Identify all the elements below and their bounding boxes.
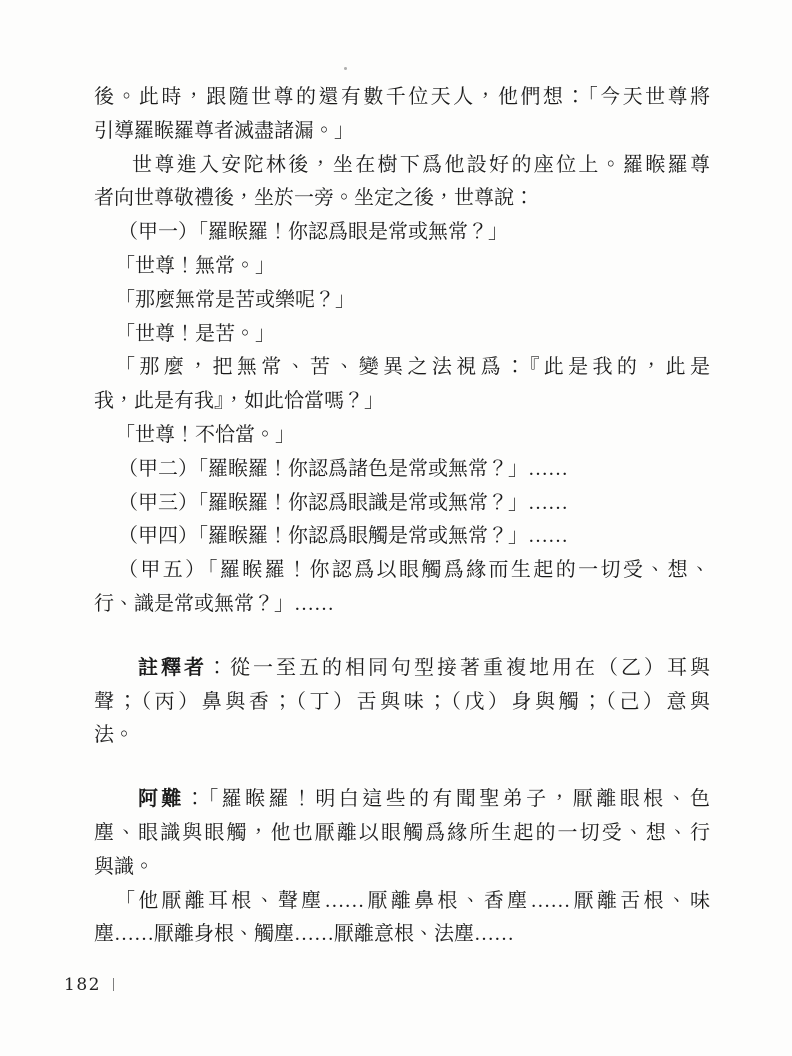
text-line: 法。 [94, 719, 710, 753]
text-line: 「那麼無常是苦或樂呢？」 [94, 284, 710, 318]
text-line: 行、識是常或無常？」…… [94, 588, 710, 622]
text-line: 引導羅睺羅尊者滅盡諸漏。」 [94, 115, 710, 149]
text-line: （甲三）「羅睺羅！你認爲眼識是常或無常？」…… [94, 487, 710, 521]
text-line: 「那麼，把無常、苦、變異之法視爲：『此是我的，此是 [94, 351, 710, 385]
text-line: 「世尊！是苦。」 [94, 318, 710, 352]
speaker-name: 註釋者 [138, 657, 207, 679]
text-line: 者向世尊敬禮後，坐於一旁。坐定之後，世尊說： [94, 182, 710, 216]
page-footer: 182 | [64, 975, 116, 995]
text-line: 與識。 [94, 851, 710, 885]
text-line: 我，此是有我』，如此恰當嗎？」 [94, 385, 710, 419]
text-line: 塵……厭離身根、觸塵……厭離意根、法塵…… [94, 918, 710, 952]
text-line: （甲四）「羅睺羅！你認爲眼觸是常或無常？」…… [94, 520, 710, 554]
text-line: （甲二）「羅睺羅！你認爲諸色是常或無常？」…… [94, 453, 710, 487]
text-line: 阿難：「羅睺羅！明白這些的有聞聖弟子，厭離眼根、色 [94, 783, 710, 817]
text-line: 「世尊！不恰當。」 [94, 419, 710, 453]
page-number: 182 [64, 975, 101, 995]
text-block: 後。此時，跟隨世尊的還有數千位天人，他們想：「今天世尊將引導羅睺羅尊者滅盡諸漏。… [94, 81, 710, 952]
text-line: （甲五）「羅睺羅！你認爲以眼觸爲緣而生起的一切受、想、 [94, 554, 710, 588]
text-line: 註釋者：從一至五的相同句型接著重複地用在（乙）耳與 [94, 652, 710, 686]
text-line: 世尊進入安陀林後，坐在樹下爲他設好的座位上。羅睺羅尊 [94, 149, 710, 183]
speaker-name: 阿難 [138, 788, 185, 810]
book-page: 後。此時，跟隨世尊的還有數千位天人，他們想：「今天世尊將引導羅睺羅尊者滅盡諸漏。… [0, 0, 792, 1056]
folio-divider: | [112, 976, 117, 993]
text-line: 塵、眼識與眼觸，他也厭離以眼觸爲緣所生起的一切受、想、行 [94, 817, 710, 851]
text-line: （甲一）「羅睺羅！你認爲眼是常或無常？」 [94, 216, 710, 250]
scan-artifact-dot [344, 67, 347, 70]
text-line: 後。此時，跟隨世尊的還有數千位天人，他們想：「今天世尊將 [94, 81, 710, 115]
text-line: 「他厭離耳根、聲塵……厭離鼻根、香塵……厭離舌根、味 [94, 885, 710, 919]
text-line: 「世尊！無常。」 [94, 250, 710, 284]
text-line: 聲；（丙）鼻與香；（丁）舌與味；（戊）身與觸；（己）意與 [94, 686, 710, 720]
